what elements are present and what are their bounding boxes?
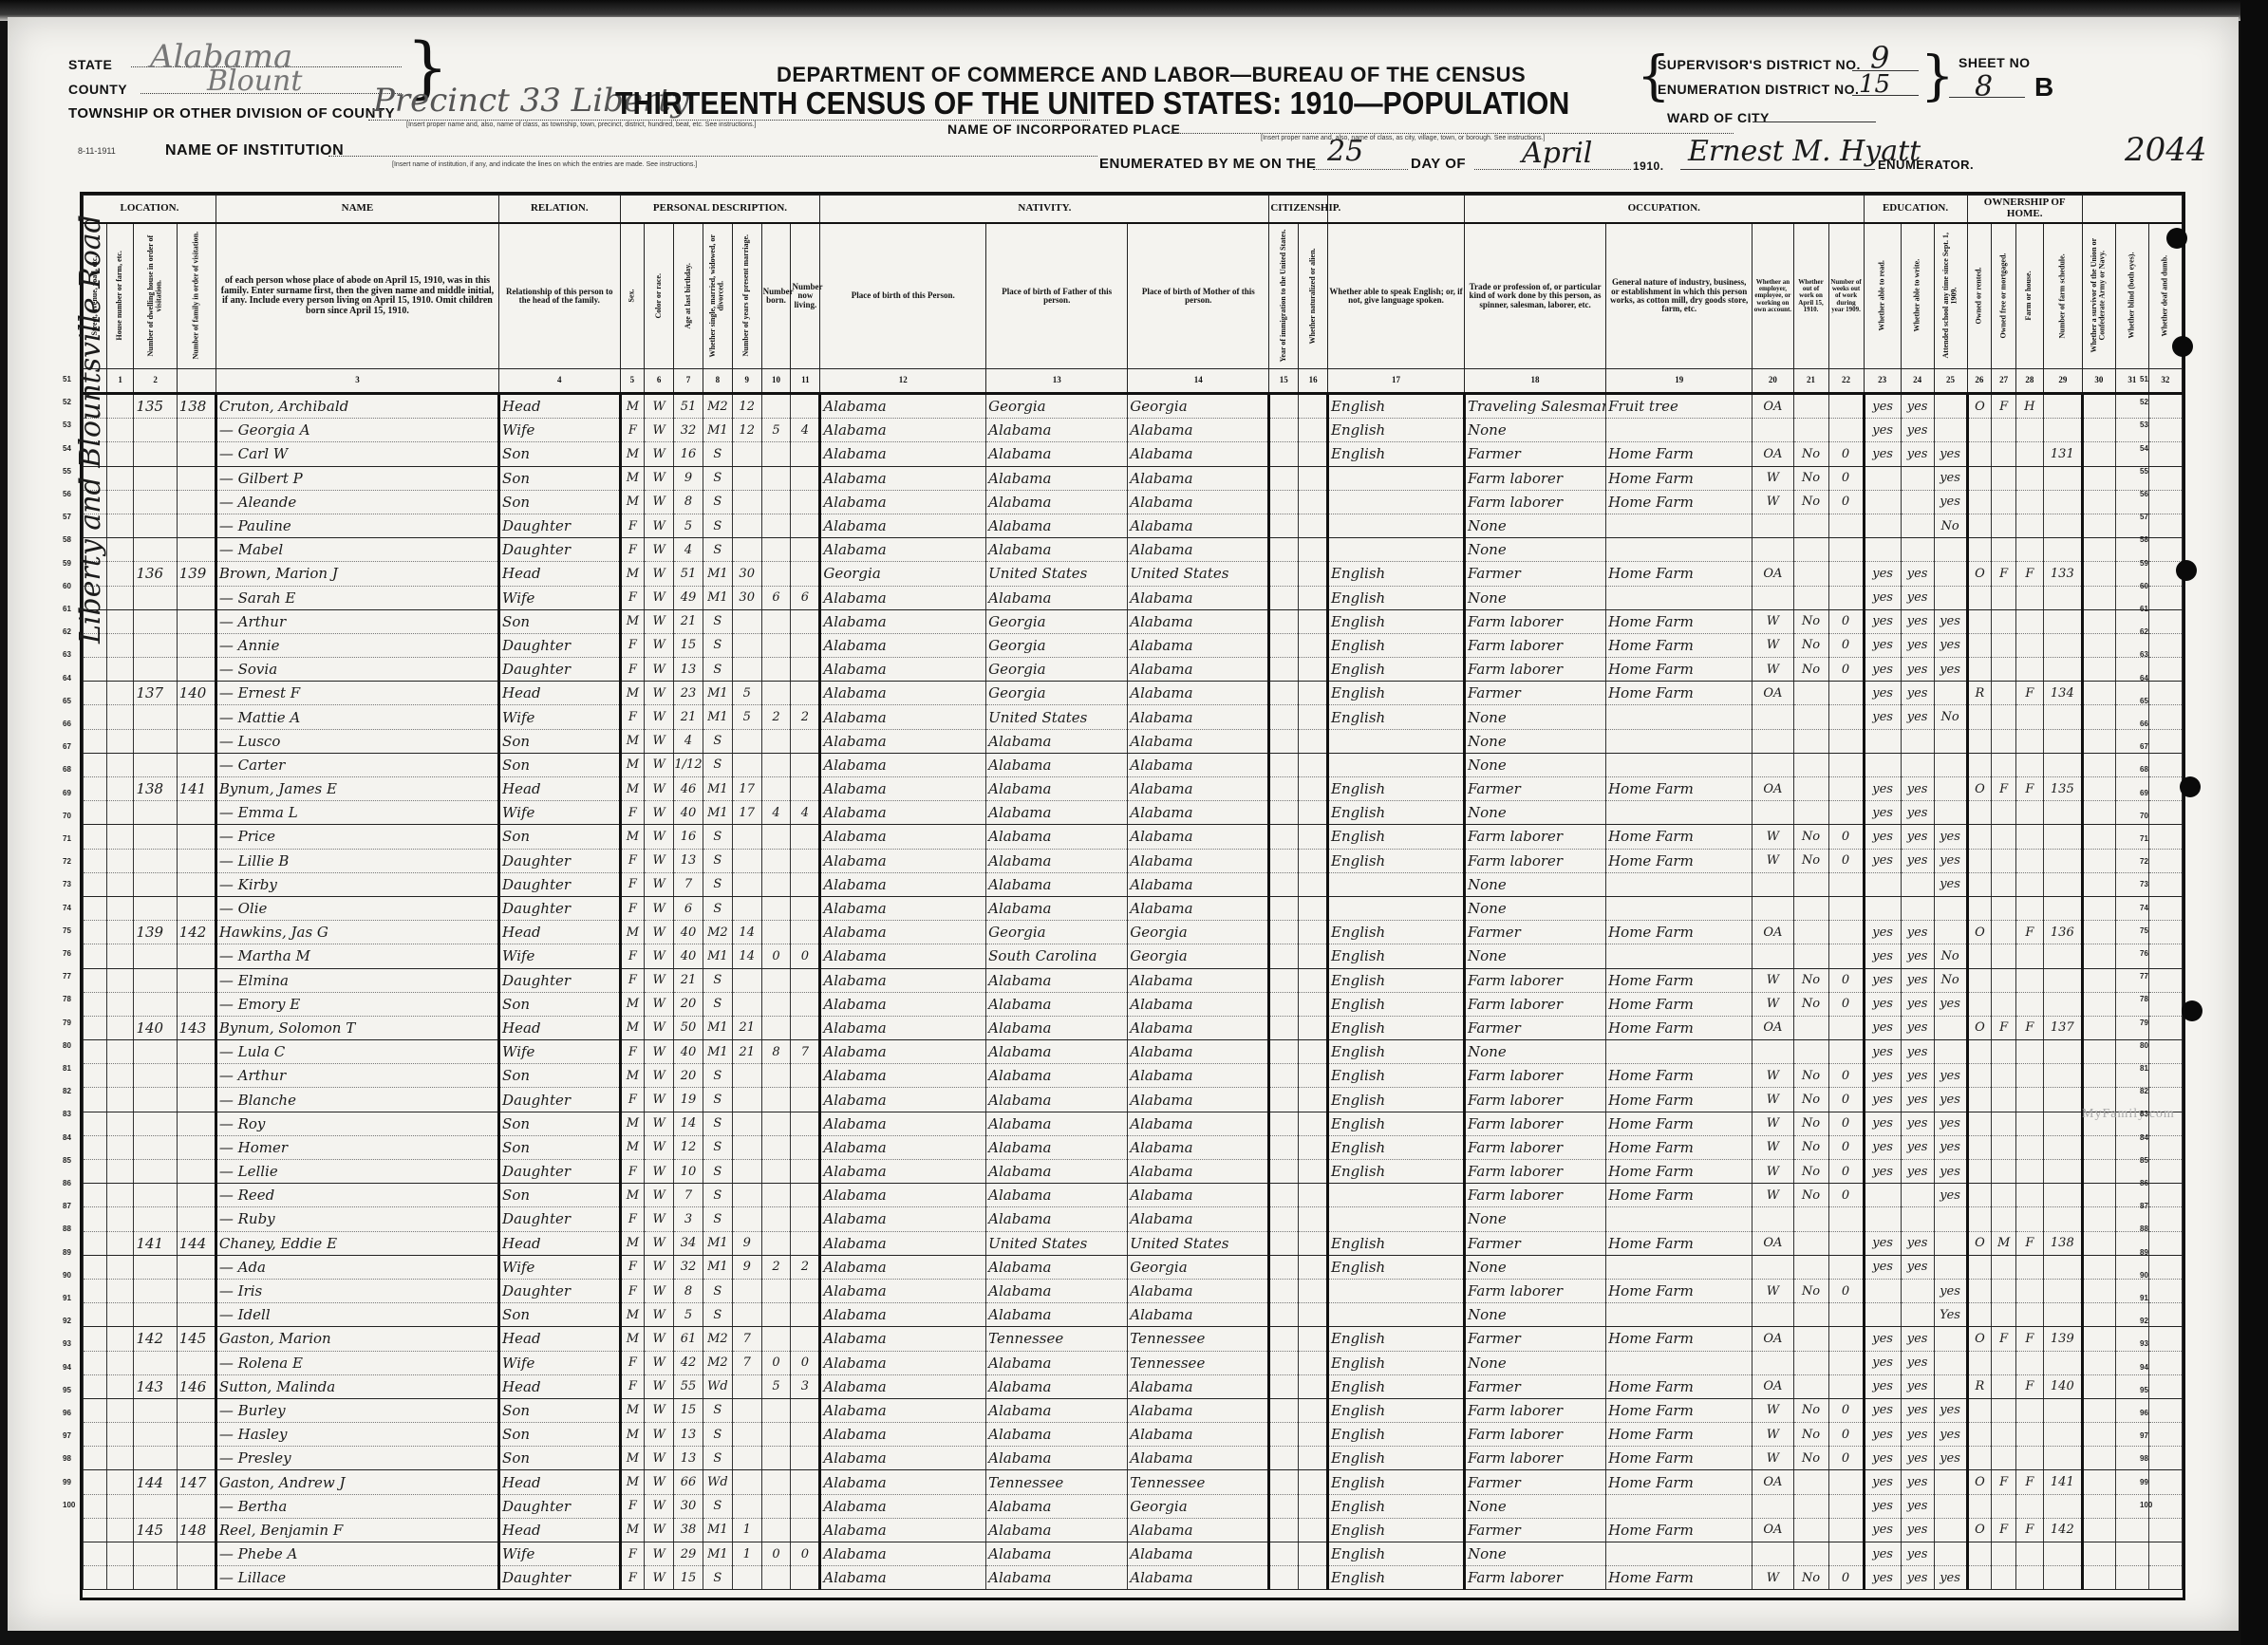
- cell-farm-house: [2015, 633, 2043, 657]
- cell-children-living: [791, 1518, 820, 1542]
- table-row: — LillaceDaughterFW15SAlabamaAlabamaAlab…: [84, 1566, 2183, 1590]
- cell-age: 40: [674, 944, 703, 968]
- cell-family-number: 139: [177, 562, 216, 586]
- cell-employer-status: [1753, 801, 1793, 825]
- cell-mother-birthplace: Alabama: [1128, 1398, 1269, 1422]
- cell-deaf: [2148, 944, 2182, 968]
- cell-free-mortgaged: [1992, 1494, 2016, 1518]
- cell-deaf: [2148, 777, 2182, 801]
- cell-trade: None: [1465, 1542, 1606, 1566]
- cell-owned-rented: O: [1967, 394, 1992, 419]
- cell-sex: M: [620, 394, 645, 419]
- cell-marital-status: M2: [703, 1351, 732, 1374]
- table-row: — Rolena EWifeFW42M2700AlabamaAlabamaTen…: [84, 1351, 2183, 1374]
- cell-attended-school: yes: [1934, 849, 1967, 872]
- cell-farm-schedule: [2043, 514, 2082, 537]
- cell-employer-status: OA: [1753, 777, 1793, 801]
- table-row: — AnnieDaughterFW15SAlabamaGeorgiaAlabam…: [84, 633, 2183, 657]
- cell-employer-status: [1753, 419, 1793, 442]
- cell-owned-rented: [1967, 442, 1992, 466]
- cell-house: [106, 682, 134, 705]
- cell-industry: [1606, 1040, 1753, 1064]
- cell-farm-schedule: [2043, 1064, 2082, 1088]
- cell-trade: Farm laborer: [1465, 1184, 1606, 1207]
- cell-deaf: [2148, 1303, 2182, 1327]
- cell-immigration-year: [1269, 682, 1299, 705]
- cell-trade: Farmer: [1465, 1231, 1606, 1255]
- cell-sex: F: [620, 1160, 645, 1184]
- cell-person-name: — Sarah E: [216, 586, 498, 609]
- cell-employer-status: OA: [1753, 562, 1793, 586]
- cell-attended-school: yes: [1934, 1423, 1967, 1447]
- cell-race: W: [645, 729, 674, 753]
- cell-owned-rented: [1967, 1040, 1992, 1064]
- cell-can-write: yes: [1901, 1231, 1934, 1255]
- cell-language: English: [1328, 1374, 1465, 1398]
- cell-family-number: [177, 1566, 216, 1590]
- cell-owned-rented: [1967, 1351, 1992, 1374]
- cell-veteran: [2082, 1423, 2115, 1447]
- cell-veteran: [2082, 944, 2115, 968]
- cell-immigration-year: [1269, 753, 1299, 776]
- cell-industry: Home Farm: [1606, 562, 1753, 586]
- cell-can-write: yes: [1901, 586, 1934, 609]
- column-number: 8: [703, 369, 732, 394]
- cell-family-number: [177, 849, 216, 872]
- cell-mother-birthplace: Alabama: [1128, 1542, 1269, 1566]
- cell-farm-house: [2015, 849, 2043, 872]
- cell-naturalization: [1299, 921, 1328, 944]
- cell-weeks-out: 0: [1828, 1423, 1864, 1447]
- cell-can-read: yes: [1864, 1160, 1901, 1184]
- cell-weeks-out: [1828, 1351, 1864, 1374]
- cell-farm-house: [2015, 1088, 2043, 1112]
- table-row: 145148Reel, Benjamin FHeadMW38M11Alabama…: [84, 1518, 2183, 1542]
- cell-industry: Home Farm: [1606, 1398, 1753, 1422]
- cell-marital-status: S: [703, 825, 732, 849]
- cell-race: W: [645, 1327, 674, 1351]
- cell-naturalization: [1299, 633, 1328, 657]
- cell-marital-status: M2: [703, 1327, 732, 1351]
- cell-family-number: [177, 633, 216, 657]
- cell-years-married: [732, 442, 761, 466]
- line-number: 93: [63, 1339, 71, 1348]
- cell-can-write: [1901, 896, 1934, 920]
- cell-trade: Farm laborer: [1465, 1112, 1606, 1135]
- cell-can-write: yes: [1901, 1064, 1934, 1088]
- cell-dwelling-number: [134, 729, 177, 753]
- cell-farm-house: F: [2015, 1231, 2043, 1255]
- cell-can-read: [1864, 538, 1901, 562]
- cell-age: 51: [674, 394, 703, 419]
- cell-street: [84, 1470, 107, 1494]
- cell-veteran: [2082, 419, 2115, 442]
- cell-dwelling-number: [134, 1064, 177, 1088]
- cell-sex: M: [620, 1231, 645, 1255]
- cell-birthplace: Alabama: [820, 609, 986, 633]
- cell-dwelling-number: [134, 1303, 177, 1327]
- cell-family-number: [177, 705, 216, 729]
- cell-birthplace: Alabama: [820, 1279, 986, 1302]
- cell-family-number: [177, 490, 216, 514]
- cell-industry: Home Farm: [1606, 1423, 1753, 1447]
- cell-employer-status: W: [1753, 1566, 1793, 1590]
- cell-family-number: [177, 896, 216, 920]
- cell-person-name: Bynum, Solomon T: [216, 1016, 498, 1039]
- cell-family-number: [177, 1279, 216, 1302]
- cell-owned-rented: [1967, 1207, 1992, 1231]
- cell-marital-status: M1: [703, 1016, 732, 1039]
- cell-house: [106, 1135, 134, 1159]
- line-number: 82: [2140, 1087, 2148, 1095]
- cell-trade: Farm laborer: [1465, 490, 1606, 514]
- cell-can-read: yes: [1864, 633, 1901, 657]
- cell-immigration-year: [1269, 1470, 1299, 1494]
- cell-children-born: 5: [761, 419, 791, 442]
- cell-race: W: [645, 1040, 674, 1064]
- cell-farm-house: F: [2015, 921, 2043, 944]
- cell-trade: None: [1465, 1303, 1606, 1327]
- cell-language: English: [1328, 1542, 1465, 1566]
- cell-family-number: 148: [177, 1518, 216, 1542]
- cell-language: English: [1328, 1064, 1465, 1088]
- cell-relation: Son: [499, 992, 621, 1016]
- cell-attended-school: [1934, 753, 1967, 776]
- cell-age: 30: [674, 1494, 703, 1518]
- cell-relation: Son: [499, 1112, 621, 1135]
- cell-farm-house: [2015, 753, 2043, 776]
- cell-free-mortgaged: [1992, 682, 2016, 705]
- cell-farm-schedule: [2043, 968, 2082, 992]
- cell-naturalization: [1299, 992, 1328, 1016]
- cell-mother-birthplace: Alabama: [1128, 705, 1269, 729]
- cell-father-birthplace: Alabama: [986, 968, 1128, 992]
- cell-dwelling-number: 135: [134, 394, 177, 419]
- cell-family-number: [177, 1135, 216, 1159]
- cell-deaf: [2148, 1374, 2182, 1398]
- cell-immigration-year: [1269, 896, 1299, 920]
- cell-mother-birthplace: Alabama: [1128, 682, 1269, 705]
- cell-family-number: [177, 586, 216, 609]
- cell-veteran: [2082, 442, 2115, 466]
- cell-farm-house: [2015, 1255, 2043, 1279]
- cell-employer-status: [1753, 872, 1793, 896]
- cell-father-birthplace: Alabama: [986, 753, 1128, 776]
- cell-trade: None: [1465, 801, 1606, 825]
- cell-can-write: yes: [1901, 992, 1934, 1016]
- census-rows: 135138Cruton, ArchibaldHeadMW51M212Alaba…: [84, 394, 2183, 1590]
- cell-children-born: [761, 1135, 791, 1159]
- cell-sex: F: [620, 514, 645, 537]
- cell-free-mortgaged: [1992, 896, 2016, 920]
- column-number-row: 1234567891011121314151617181920212223242…: [84, 369, 2183, 394]
- cell-dwelling-number: [134, 466, 177, 490]
- cell-can-read: [1864, 1184, 1901, 1207]
- cell-dwelling-number: [134, 1207, 177, 1231]
- cell-sex: M: [620, 1135, 645, 1159]
- column-number: 9: [732, 369, 761, 394]
- cell-farm-house: [2015, 1351, 2043, 1374]
- cell-trade: Farm laborer: [1465, 992, 1606, 1016]
- cell-mother-birthplace: Alabama: [1128, 419, 1269, 442]
- day-of-label: DAY OF: [1411, 156, 1466, 172]
- incorporated-field-line: [1164, 133, 1734, 134]
- line-number: 94: [63, 1363, 71, 1372]
- cell-mother-birthplace: Alabama: [1128, 633, 1269, 657]
- cell-language: [1328, 896, 1465, 920]
- cell-out-of-work: No: [1793, 1398, 1828, 1422]
- table-row: — BerthaDaughterFW30SAlabamaAlabamaGeorg…: [84, 1494, 2183, 1518]
- cell-naturalization: [1299, 1088, 1328, 1112]
- cell-children-born: 0: [761, 1542, 791, 1566]
- cell-sex: M: [620, 1470, 645, 1494]
- cell-weeks-out: 0: [1828, 490, 1864, 514]
- col-race: Color or race.: [645, 223, 674, 369]
- cell-industry: Home Farm: [1606, 1374, 1753, 1398]
- cell-father-birthplace: Alabama: [986, 1160, 1128, 1184]
- cell-dwelling-number: [134, 1279, 177, 1302]
- cell-attended-school: [1934, 729, 1967, 753]
- cell-house: [106, 1231, 134, 1255]
- cell-children-born: [761, 682, 791, 705]
- line-number: 69: [63, 789, 71, 797]
- township-label: TOWNSHIP OR OTHER DIVISION OF COUNTY: [68, 105, 395, 122]
- cell-trade: None: [1465, 729, 1606, 753]
- cell-age: 20: [674, 1064, 703, 1088]
- table-row: — AdaWifeFW32M1922AlabamaAlabamaGeorgiaE…: [84, 1255, 2183, 1279]
- cell-family-number: [177, 944, 216, 968]
- cell-marital-status: S: [703, 992, 732, 1016]
- cell-sex: F: [620, 872, 645, 896]
- institution-field-line: [328, 156, 1097, 157]
- line-number: 93: [2140, 1339, 2148, 1348]
- col-industry: General nature of industry, business, or…: [1606, 223, 1753, 369]
- cell-trade: Farmer: [1465, 1374, 1606, 1398]
- cell-immigration-year: [1269, 394, 1299, 419]
- cell-years-married: [732, 1423, 761, 1447]
- cell-deaf: [2148, 1016, 2182, 1039]
- line-number: 75: [63, 926, 71, 935]
- binder-hole: [2182, 1000, 2202, 1021]
- cell-mother-birthplace: Alabama: [1128, 1279, 1269, 1302]
- cell-children-living: 0: [791, 1542, 820, 1566]
- cell-family-number: [177, 1112, 216, 1135]
- cell-employer-status: [1753, 1542, 1793, 1566]
- cell-marital-status: S: [703, 1088, 732, 1112]
- cell-trade: Farm laborer: [1465, 609, 1606, 633]
- cell-father-birthplace: Alabama: [986, 729, 1128, 753]
- cell-language: English: [1328, 1112, 1465, 1135]
- cell-house: [106, 1255, 134, 1279]
- cell-naturalization: [1299, 825, 1328, 849]
- cell-marital-status: S: [703, 1064, 732, 1088]
- cell-children-living: [791, 1470, 820, 1494]
- cell-race: W: [645, 1255, 674, 1279]
- cell-out-of-work: No: [1793, 1566, 1828, 1590]
- cell-children-living: [791, 1112, 820, 1135]
- cell-weeks-out: [1828, 562, 1864, 586]
- cell-house: [106, 777, 134, 801]
- cell-mother-birthplace: Alabama: [1128, 1160, 1269, 1184]
- cell-employer-status: W: [1753, 1398, 1793, 1422]
- cell-years-married: 9: [732, 1255, 761, 1279]
- cell-relation: Daughter: [499, 968, 621, 992]
- cell-farm-house: F: [2015, 562, 2043, 586]
- cell-trade: Farmer: [1465, 682, 1606, 705]
- cell-weeks-out: [1828, 1494, 1864, 1518]
- cell-father-birthplace: Tennessee: [986, 1327, 1128, 1351]
- cell-children-born: [761, 562, 791, 586]
- group-misc: [2082, 196, 2182, 224]
- cell-naturalization: [1299, 1112, 1328, 1135]
- table-row: — KirbyDaughterFW7SAlabamaAlabamaAlabama…: [84, 872, 2183, 896]
- cell-employer-status: W: [1753, 609, 1793, 633]
- cell-can-write: [1901, 514, 1934, 537]
- table-row: — Sarah EWifeFW49M13066AlabamaAlabamaAla…: [84, 586, 2183, 609]
- cell-weeks-out: [1828, 1231, 1864, 1255]
- cell-race: W: [645, 777, 674, 801]
- cell-sex: F: [620, 896, 645, 920]
- cell-immigration-year: [1269, 1040, 1299, 1064]
- cell-veteran: [2082, 849, 2115, 872]
- cell-owned-rented: [1967, 992, 1992, 1016]
- cell-father-birthplace: Georgia: [986, 658, 1128, 682]
- col-english: Whether able to speak English; or, if no…: [1328, 223, 1465, 369]
- cell-sex: M: [620, 1518, 645, 1542]
- cell-free-mortgaged: [1992, 466, 2016, 490]
- cell-mother-birthplace: Alabama: [1128, 1064, 1269, 1088]
- cell-immigration-year: [1269, 1255, 1299, 1279]
- cell-free-mortgaged: F: [1992, 1518, 2016, 1542]
- table-row: 138141Bynum, James EHeadMW46M117AlabamaA…: [84, 777, 2183, 801]
- cell-attended-school: yes: [1934, 825, 1967, 849]
- line-number: 98: [63, 1454, 71, 1463]
- cell-race: W: [645, 1112, 674, 1135]
- cell-race: W: [645, 705, 674, 729]
- cell-house: [106, 992, 134, 1016]
- line-number: 97: [63, 1431, 71, 1440]
- cell-marital-status: S: [703, 633, 732, 657]
- cell-farm-house: F: [2015, 1470, 2043, 1494]
- cell-birthplace: Alabama: [820, 1184, 986, 1207]
- cell-age: 4: [674, 538, 703, 562]
- cell-children-living: [791, 872, 820, 896]
- line-number: 85: [63, 1156, 71, 1165]
- cell-children-born: [761, 1566, 791, 1590]
- cell-street: [84, 1016, 107, 1039]
- line-number: 55: [2140, 467, 2148, 476]
- line-number: 76: [2140, 949, 2148, 958]
- cell-street: [84, 1184, 107, 1207]
- cell-house: [106, 825, 134, 849]
- cell-family-number: [177, 1494, 216, 1518]
- cell-can-read: [1864, 1279, 1901, 1302]
- cell-family-number: 141: [177, 777, 216, 801]
- cell-race: W: [645, 872, 674, 896]
- cell-street: [84, 968, 107, 992]
- cell-relation: Head: [499, 777, 621, 801]
- cell-mother-birthplace: Georgia: [1128, 921, 1269, 944]
- cell-can-write: [1901, 872, 1934, 896]
- cell-out-of-work: [1793, 514, 1828, 537]
- cell-mother-birthplace: Alabama: [1128, 849, 1269, 872]
- cell-out-of-work: [1793, 1374, 1828, 1398]
- cell-years-married: 30: [732, 562, 761, 586]
- line-number: 66: [2140, 720, 2148, 728]
- cell-father-birthplace: Georgia: [986, 633, 1128, 657]
- cell-children-born: [761, 729, 791, 753]
- cell-deaf: [2148, 682, 2182, 705]
- cell-attended-school: [1934, 1494, 1967, 1518]
- cell-industry: Home Farm: [1606, 1327, 1753, 1351]
- column-number: 17: [1328, 369, 1465, 394]
- column-number: 3: [216, 369, 498, 394]
- cell-veteran: [2082, 1255, 2115, 1279]
- cell-birthplace: Alabama: [820, 825, 986, 849]
- cell-race: W: [645, 921, 674, 944]
- cell-industry: Home Farm: [1606, 1470, 1753, 1494]
- cell-mother-birthplace: Tennessee: [1128, 1470, 1269, 1494]
- cell-out-of-work: No: [1793, 442, 1828, 466]
- cell-deaf: [2148, 1231, 2182, 1255]
- cell-dwelling-number: [134, 1088, 177, 1112]
- cell-dwelling-number: [134, 968, 177, 992]
- cell-person-name: — Hasley: [216, 1423, 498, 1447]
- line-number: 60: [63, 582, 71, 590]
- cell-street: [84, 777, 107, 801]
- cell-street: [84, 1303, 107, 1327]
- cell-veteran: [2082, 562, 2115, 586]
- cell-farm-schedule: [2043, 633, 2082, 657]
- cell-industry: [1606, 1351, 1753, 1374]
- cell-trade: Traveling Salesman: [1465, 394, 1606, 419]
- cell-weeks-out: [1828, 1016, 1864, 1039]
- cell-children-born: [761, 896, 791, 920]
- column-number: 11: [791, 369, 820, 394]
- table-row: 139142Hawkins, Jas GHeadMW40M214AlabamaG…: [84, 921, 2183, 944]
- cell-owned-rented: [1967, 1542, 1992, 1566]
- cell-race: W: [645, 944, 674, 968]
- cell-deaf: [2148, 1327, 2182, 1351]
- cell-children-born: [761, 849, 791, 872]
- cell-house: [106, 633, 134, 657]
- cell-years-married: [732, 1566, 761, 1590]
- table-row: — Emma LWifeFW40M11744AlabamaAlabamaAlab…: [84, 801, 2183, 825]
- cell-birthplace: Alabama: [820, 1064, 986, 1088]
- cell-birthplace: Alabama: [820, 1518, 986, 1542]
- institution-label: NAME OF INSTITUTION: [165, 142, 344, 159]
- cell-attended-school: yes: [1934, 442, 1967, 466]
- side-note: Liberty and Blountsville Road: [74, 215, 107, 644]
- cell-sex: M: [620, 442, 645, 466]
- cell-out-of-work: No: [1793, 1112, 1828, 1135]
- cell-children-born: [761, 1088, 791, 1112]
- cell-race: W: [645, 514, 674, 537]
- cell-relation: Wife: [499, 944, 621, 968]
- cell-person-name: — Lellie: [216, 1160, 498, 1184]
- cell-can-write: yes: [1901, 394, 1934, 419]
- cell-veteran: [2082, 1040, 2115, 1064]
- line-number: 69: [2140, 789, 2148, 797]
- cell-owned-rented: [1967, 1064, 1992, 1088]
- cell-children-born: [761, 1064, 791, 1088]
- cell-sex: M: [620, 1447, 645, 1470]
- cell-children-living: 4: [791, 801, 820, 825]
- cell-birthplace: Alabama: [820, 682, 986, 705]
- cell-attended-school: [1934, 538, 1967, 562]
- cell-age: 38: [674, 1518, 703, 1542]
- table-row: 143146Sutton, MalindaHeadFW55Wd53Alabama…: [84, 1374, 2183, 1398]
